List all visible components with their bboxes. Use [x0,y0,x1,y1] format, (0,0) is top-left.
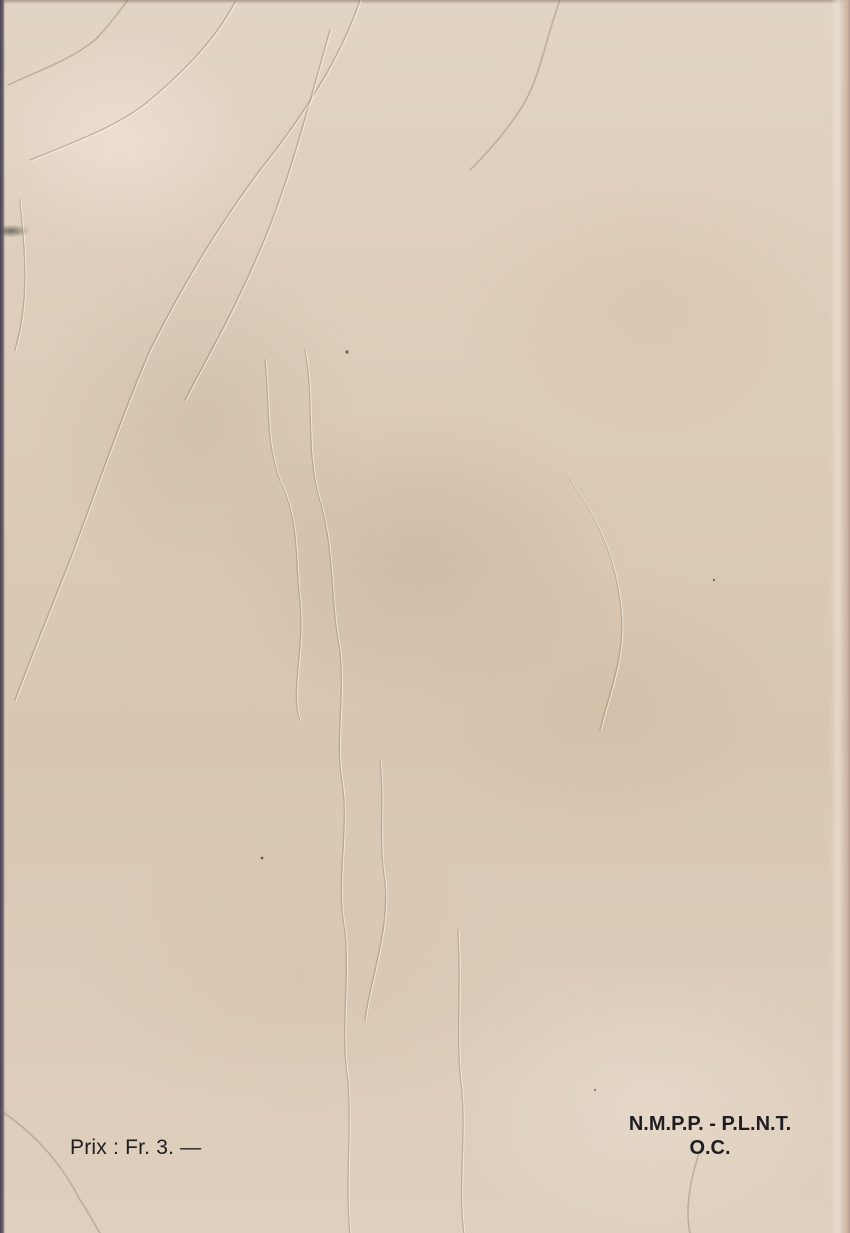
distributor-line-2: O.C. [585,1136,835,1160]
back-cover: Prix : Fr. 3. — N.M.P.P. - P.L.N.T. O.C. [0,0,850,1233]
top-edge-shadow [0,0,850,4]
spine-edge [0,0,5,1233]
price-label: Prix : Fr. 3. — [70,1136,201,1160]
distributor-block: N.M.P.P. - P.L.N.T. O.C. [585,1112,835,1160]
worn-right-edge [830,0,850,1233]
distributor-line-1: N.M.P.P. - P.L.N.T. [585,1112,835,1136]
paper-creases [0,0,850,1233]
edge-stain [3,225,29,237]
